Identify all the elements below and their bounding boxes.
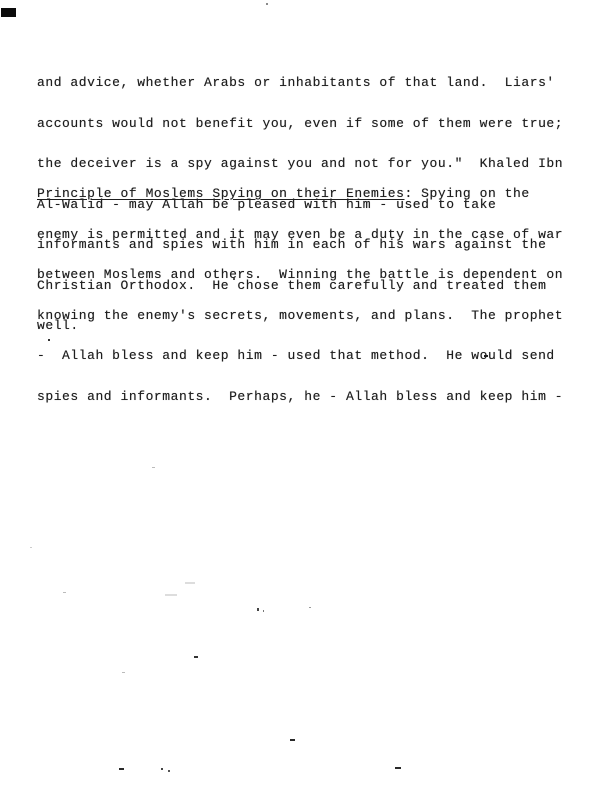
scan-speck [257, 608, 259, 611]
scan-speck [122, 672, 125, 673]
text-line: enemy is permitted and it may even be a … [37, 228, 563, 242]
scan-speck [168, 770, 170, 772]
scan-artifact-corner-mark [1, 8, 16, 17]
scan-speck [309, 607, 311, 608]
text-line: knowing the enemy's secrets, movements, … [37, 309, 563, 323]
section-heading: Principle of Moslems Spying on their Ene… [37, 186, 404, 201]
paragraph-two: Principle of Moslems Spying on their Ene… [37, 160, 563, 430]
text-line: between Moslems and others. Winning the … [37, 268, 563, 282]
scan-smudge [165, 594, 177, 596]
scan-speck [152, 467, 155, 468]
scan-speck [263, 610, 264, 612]
text-line: and advice, whether Arabs or inhabitants… [37, 76, 563, 90]
scan-dash-mark [395, 767, 401, 769]
scanned-document-page: and advice, whether Arabs or inhabitants… [0, 0, 600, 800]
scan-smudge [185, 582, 195, 584]
scan-speck [194, 656, 198, 658]
scan-dash-mark [290, 739, 295, 741]
scan-speck [266, 3, 268, 5]
text-line: accounts would not benefit you, even if … [37, 117, 563, 131]
scan-speck [161, 768, 163, 770]
scan-speck [30, 547, 32, 548]
text-line: spies and informants. Perhaps, he - Alla… [37, 390, 563, 404]
heading-line: Principle of Moslems Spying on their Ene… [37, 187, 563, 201]
text-line: - Allah bless and keep him - used that m… [37, 349, 563, 363]
scan-speck [63, 592, 66, 593]
scan-dash-mark [119, 768, 124, 770]
heading-suffix-text: : Spying on the [404, 186, 529, 201]
